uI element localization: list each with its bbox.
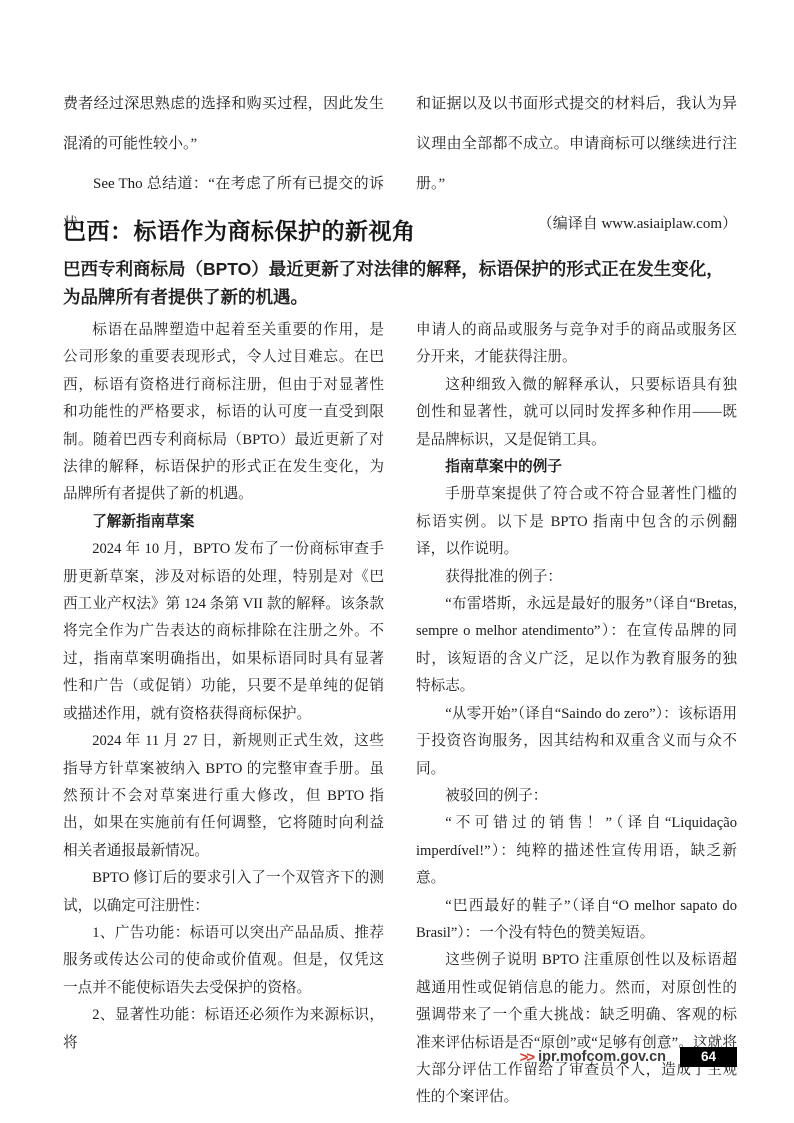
paragraph: 标语在品牌塑造中起着至关重要的作用，是公司形象的重要表现形式，令人过目难忘。在巴… <box>63 317 384 509</box>
paragraph: 费者经过深思熟虑的选择和购买过程，因此发生混淆的可能性较小。” <box>63 84 384 164</box>
paragraph: “从零开始”（译自“Saindo do zero”）：该标语用于投资咨询服务，因… <box>416 701 737 783</box>
article-title: 巴西：标语作为商标保护的新视角 <box>63 214 737 248</box>
paragraph: “不可错过的销售！”（译自“Liquidação imperdível!”）：纯… <box>416 810 737 892</box>
paragraph: 这些例子说明 BPTO 注重原创性以及标语超越通用性或促销信息的能力。然而，对原… <box>416 947 737 1111</box>
page-footer: >> ipr.mofcom.gov.cn 64 <box>520 1046 737 1068</box>
paragraph: 2024 年 11 月 27 日，新规则正式生效，这些指导方针草案被纳入 BPT… <box>63 728 384 865</box>
article-subtitle: 巴西专利商标局（BPTO）最近更新了对法律的解释，标语保护的形式正在发生变化，为… <box>63 255 737 311</box>
article-body: 标语在品牌塑造中起着至关重要的作用，是公司形象的重要表现形式，令人过目难忘。在巴… <box>63 317 737 1112</box>
footer-site-block: >> ipr.mofcom.gov.cn <box>520 1049 666 1065</box>
page-number: 64 <box>701 1050 716 1064</box>
paragraph: 1、广告功能：标语可以突出产品品质、推荐服务或传达公司的使命或价值观。但是，仅凭… <box>63 920 384 1002</box>
paragraph: 2、显著性功能：标语还必须作为来源标识，将 <box>63 1002 384 1057</box>
document-page: 费者经过深思熟虑的选择和购买过程，因此发生混淆的可能性较小。”See Tho 总… <box>0 0 794 1123</box>
section-subhead: 了解新指南草案 <box>63 509 384 536</box>
paragraph: “布雷塔斯，永远是最好的服务”（译自“Bretas, sempre o melh… <box>416 591 737 701</box>
footer-site-url: ipr.mofcom.gov.cn <box>538 1049 666 1065</box>
paragraph: BPTO 修订后的要求引入了一个双管齐下的测试，以确定可注册性： <box>63 865 384 920</box>
double-chevron-icon: >> <box>520 1050 534 1065</box>
paragraph: 获得批准的例子： <box>416 564 737 591</box>
page-number-box: 64 <box>680 1047 737 1067</box>
section-subhead: 指南草案中的例子 <box>416 454 737 481</box>
article-right-column: 申请人的商品或服务与竞争对手的商品或服务区分开来，才能获得注册。这种细致入微的解… <box>416 317 737 1112</box>
paragraph: “巴西最好的鞋子”（译自“O melhor sapato do Brasil”）… <box>416 893 737 948</box>
article-left-column: 标语在品牌塑造中起着至关重要的作用，是公司形象的重要表现形式，令人过目难忘。在巴… <box>63 317 384 1112</box>
paragraph: 这种细致入微的解释承认，只要标语具有独创性和显著性，就可以同时发挥多种作用——既… <box>416 372 737 454</box>
paragraph: 和证据以及以书面形式提交的材料后，我认为异议理由全部都不成立。申请商标可以继续进… <box>416 84 737 204</box>
paragraph: 2024 年 10 月，BPTO 发布了一份商标审查手册更新草案，涉及对标语的处… <box>63 536 384 728</box>
paragraph: 申请人的商品或服务与竞争对手的商品或服务区分开来，才能获得注册。 <box>416 317 737 372</box>
paragraph: 手册草案提供了符合或不符合显著性门槛的标语实例。以下是 BPTO 指南中包含的示… <box>416 481 737 563</box>
paragraph: 被驳回的例子： <box>416 783 737 810</box>
article-header: 巴西：标语作为商标保护的新视角 巴西专利商标局（BPTO）最近更新了对法律的解释… <box>63 214 737 311</box>
